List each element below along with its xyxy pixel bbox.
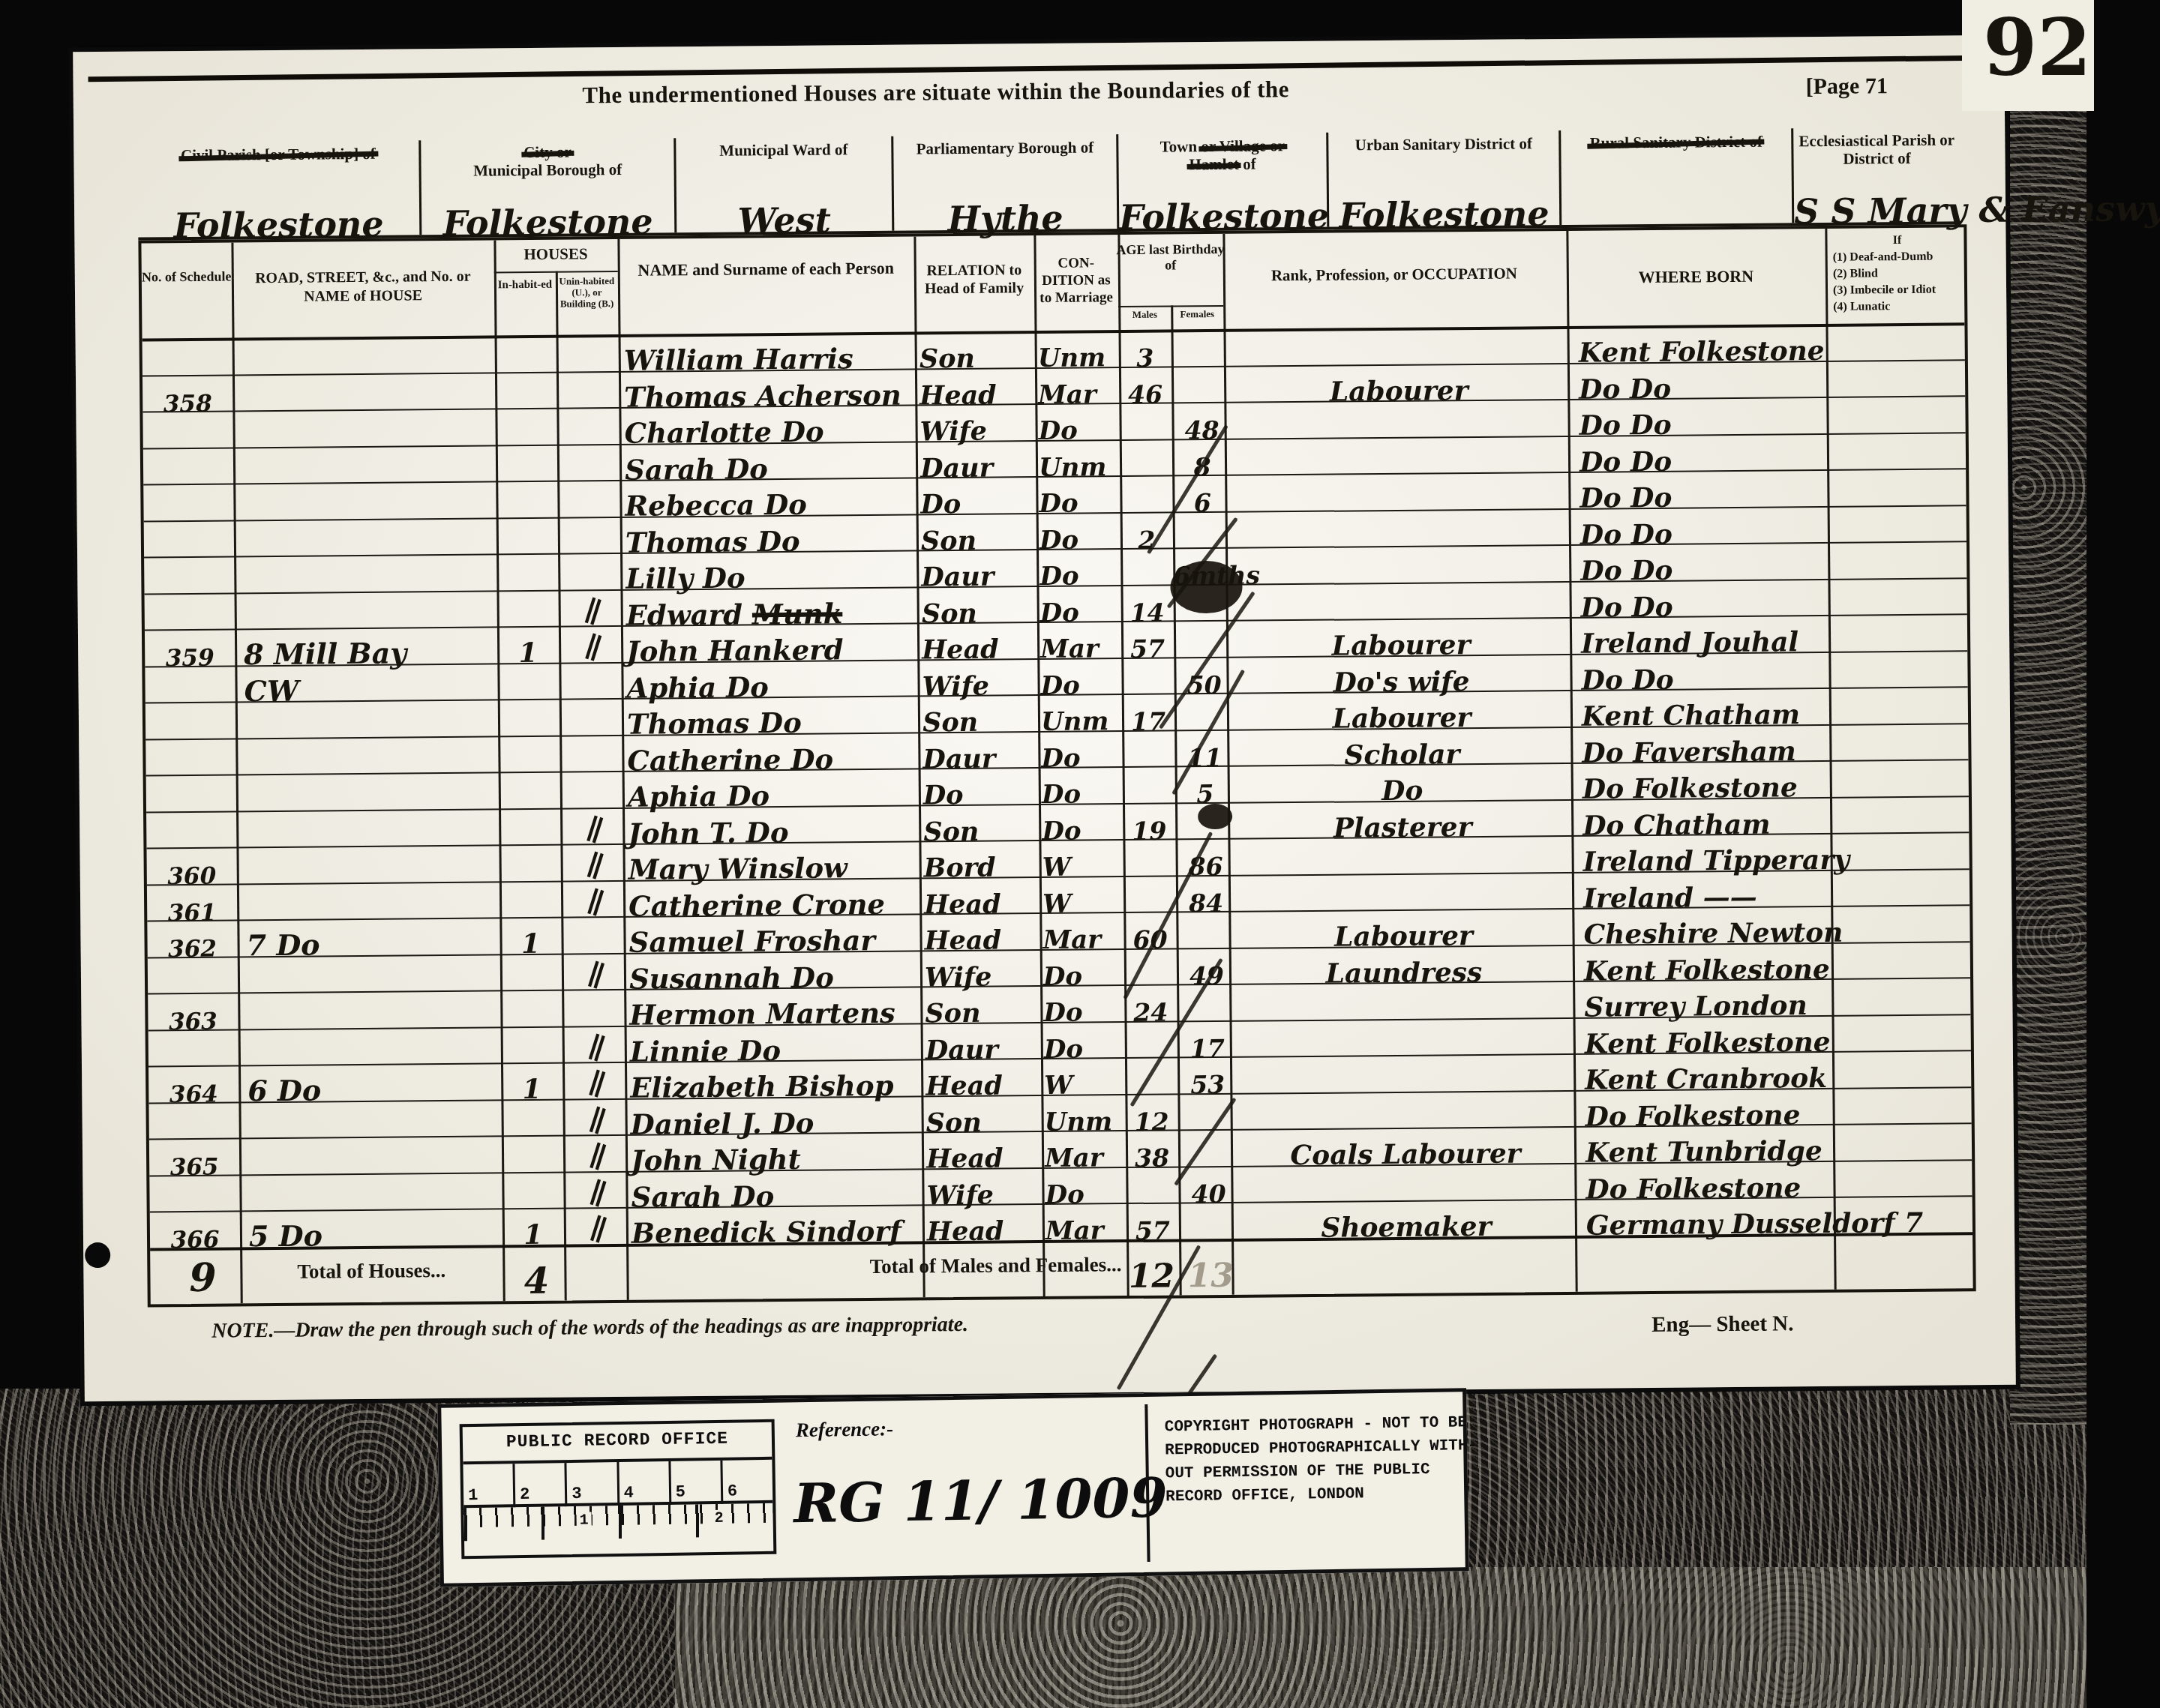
header-box: Civil Parish [or Township] ofFolkestone bbox=[137, 140, 419, 237]
film-right-strip bbox=[2010, 105, 2092, 1425]
total-houses-value: 4 bbox=[502, 1260, 570, 1303]
infirmity-line: (1) Deaf-and-Dumb bbox=[1833, 248, 1962, 266]
header-label-text: District of bbox=[1843, 149, 1911, 168]
header-label-struck-text: Hamlet bbox=[1189, 155, 1239, 174]
enumerator-tick: ∥ bbox=[583, 883, 605, 919]
header-box: City orMunicipal Borough ofFolkestone bbox=[418, 138, 674, 235]
pro-ruler-number: 2 bbox=[711, 1510, 726, 1527]
col-header-name: NAME and Surname of each Person bbox=[637, 258, 895, 280]
pro-scale-number: 4 bbox=[623, 1484, 634, 1503]
enumerator-tick: ∥ bbox=[585, 1065, 607, 1101]
page-title: The undermentioned Houses are situate wi… bbox=[373, 74, 1498, 111]
census-scan-page: { "page": { "title": "The undermentioned… bbox=[0, 0, 2160, 1708]
total-females-value: 13 bbox=[1180, 1257, 1240, 1296]
enumerator-tick: ∥ bbox=[586, 1138, 607, 1174]
header-label-text: Ecclesiastical Parish or bbox=[1798, 130, 1954, 150]
header-label-text: Urban Sanitary District of bbox=[1355, 134, 1532, 154]
col-header-uninhabited: Unin-habited (U.), or Building (B.) bbox=[556, 275, 618, 310]
header-box-label: Town or Village orHamlet of bbox=[1118, 136, 1326, 174]
pro-scale-number: 2 bbox=[520, 1485, 530, 1504]
pro-scale-cell: 3 bbox=[567, 1462, 619, 1506]
header-label-struck-text: or Village or bbox=[1201, 136, 1285, 155]
enumerator-tick: ∥ bbox=[584, 1029, 606, 1065]
pro-copyright-line: RECORD OFFICE, LONDON bbox=[1165, 1482, 1453, 1509]
pro-scale-cell: 4 bbox=[619, 1461, 671, 1506]
pro-office-label: PUBLIC RECORD OFFICE bbox=[463, 1428, 772, 1452]
col-header-age: AGE last Birthday of bbox=[1114, 241, 1226, 274]
col-header-houses: HOUSES bbox=[493, 245, 617, 262]
header-box-label: Municipal Ward of bbox=[676, 140, 891, 160]
total-males-value: 12 bbox=[1123, 1257, 1179, 1296]
census-table: No. of ScheduleROAD, STREET, &c., and No… bbox=[138, 224, 1975, 1307]
pro-scale-cell: 2 bbox=[515, 1463, 568, 1507]
header-box-label: Urban Sanitary District of bbox=[1328, 134, 1558, 154]
total-houses-label: Total of Houses... bbox=[244, 1258, 499, 1284]
pro-ruler-number: 1 bbox=[576, 1512, 591, 1530]
col-header-males: Males bbox=[1118, 310, 1171, 321]
film-page-number: 92 bbox=[1962, 0, 2094, 111]
header-box: Parliamentary Borough ofHythe bbox=[891, 134, 1117, 231]
census-sheet: The undermentioned Houses are situate wi… bbox=[73, 35, 2016, 1401]
pro-reference-label: Reference:- bbox=[796, 1417, 894, 1442]
infirmity-line: If bbox=[1832, 232, 1961, 250]
pro-scale-number: 6 bbox=[727, 1482, 738, 1501]
header-box: Rural Sanitary District of bbox=[1558, 128, 1792, 225]
infirmity-line: (3) Imbecile or Idiot bbox=[1833, 281, 1962, 299]
footer-note: NOTE.—Draw the pen through such of the w… bbox=[211, 1313, 968, 1344]
header-label-text: Parliamentary Borough of bbox=[916, 138, 1094, 157]
enumerator-tick: ∥ bbox=[586, 1211, 608, 1247]
film-page-number-value: 92 bbox=[1983, 1, 2092, 94]
page-number-label: [Page 71 bbox=[1806, 73, 1888, 100]
enumerator-tick: ∥ bbox=[585, 1101, 607, 1137]
header-box-label: Rural Sanitary District of bbox=[1561, 132, 1791, 152]
pro-scale-cell: 1 bbox=[463, 1464, 515, 1508]
col-header-condition: CON- DITION as to Marriage bbox=[1036, 254, 1117, 307]
pro-reference-box: Reference:- RG 11/ 1009 bbox=[793, 1413, 1125, 1554]
header-box-label: Ecclesiastical Parish orDistrict of bbox=[1793, 130, 1960, 168]
total-schedules-value: 9 bbox=[165, 1254, 241, 1301]
pro-scale-cell: 6 bbox=[722, 1460, 772, 1504]
enumerator-tick: ∥ bbox=[584, 956, 606, 992]
pro-ruler: 12 bbox=[463, 1500, 773, 1556]
pro-scale-number: 3 bbox=[571, 1485, 582, 1503]
col-header-inhabited: In-habit-ed bbox=[494, 279, 556, 292]
enumerator-tick: ∥ bbox=[580, 592, 602, 628]
film-border-right bbox=[2086, 0, 2160, 1708]
pro-reference-value: RG 11/ 1009 bbox=[793, 1466, 1168, 1536]
enumerator-tick: ∥ bbox=[586, 1174, 607, 1210]
header-box: Town or Village orHamlet ofFolkestone bbox=[1116, 133, 1327, 229]
pro-copyright-text: COPYRIGHT PHOTOGRAPH - NOT TO BEREPRODUC… bbox=[1144, 1400, 1454, 1562]
ink-blot bbox=[1198, 804, 1232, 829]
sheet-label: Eng— Sheet N. bbox=[1651, 1311, 1794, 1338]
enumerator-tick: ∥ bbox=[581, 629, 603, 665]
pro-stamp-box: PUBLIC RECORD OFFICE 123456 12 Reference… bbox=[437, 1388, 1469, 1587]
col-header-schedule: No. of Schedule bbox=[142, 268, 232, 285]
total-males-females-label: Total of Males and Females... bbox=[630, 1253, 1121, 1281]
col-header-road: ROAD, STREET, &c., and No. or NAME of HO… bbox=[235, 267, 490, 307]
header-label-text: Municipal Borough of bbox=[473, 160, 622, 180]
pro-scale-number: 5 bbox=[676, 1483, 686, 1502]
pro-scale-box: PUBLIC RECORD OFFICE 123456 12 bbox=[460, 1419, 777, 1560]
header-label-struck-text: Civil Parish [or Township] of bbox=[181, 145, 376, 164]
col-header-females: Females bbox=[1171, 309, 1223, 320]
infirmity-line: (2) Blind bbox=[1833, 265, 1962, 283]
film-border-left bbox=[0, 0, 79, 1425]
header-box: Urban Sanitary District ofFolkestone bbox=[1326, 130, 1559, 227]
header-label-struck-text: City or bbox=[523, 142, 571, 161]
header-box-label: City orMunicipal Borough of bbox=[421, 142, 673, 180]
ink-dot bbox=[85, 1242, 110, 1268]
infirmity-line: (4) Lunatic bbox=[1833, 298, 1962, 316]
col-header-whereborn: WHERE BORN bbox=[1567, 266, 1825, 287]
header-label-text: of bbox=[1239, 155, 1256, 173]
header-box-label: Civil Parish [or Township] of bbox=[137, 144, 418, 164]
col-header-infirmity: If(1) Deaf-and-Dumb(2) Blind(3) Imbecile… bbox=[1832, 232, 1962, 315]
header-label-text: Town bbox=[1160, 137, 1201, 155]
enumerator-tick: ∥ bbox=[583, 847, 604, 883]
header-box: Ecclesiastical Parish orDistrict ofS S M… bbox=[1791, 127, 1960, 223]
pro-scale-number: 1 bbox=[468, 1486, 478, 1505]
pro-copyright-line: OUT PERMISSION OF THE PUBLIC bbox=[1165, 1458, 1453, 1486]
enumerator-tick: ∥ bbox=[583, 811, 604, 847]
col-header-relation: RELATION to Head of Family bbox=[914, 261, 1034, 298]
district-header-boxes: Civil Parish [or Township] ofFolkestoneC… bbox=[137, 127, 1960, 240]
pro-scale-cell: 5 bbox=[670, 1461, 723, 1505]
header-label-struck-text: Rural Sanitary District of bbox=[1590, 133, 1763, 152]
col-header-occupation: Rank, Profession, or OCCUPATION bbox=[1237, 264, 1552, 286]
header-label-text: Municipal Ward of bbox=[719, 140, 847, 159]
header-box-label: Parliamentary Borough of bbox=[893, 138, 1116, 158]
film-bottom-texture bbox=[675, 1567, 2160, 1708]
header-box: Municipal Ward ofWest bbox=[673, 136, 892, 233]
